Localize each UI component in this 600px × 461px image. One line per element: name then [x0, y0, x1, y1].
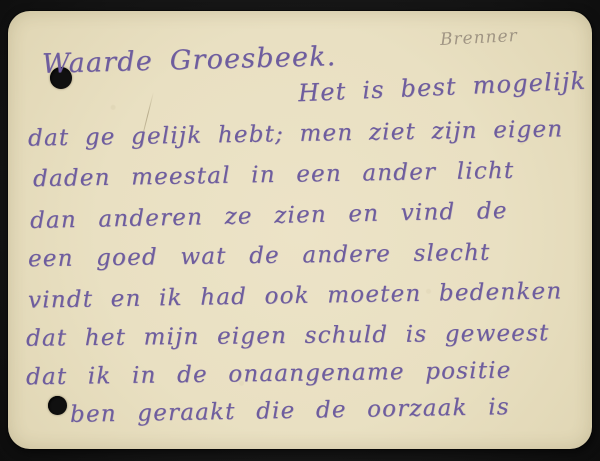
letter-line: dan anderen ze zien en vind de [30, 198, 508, 234]
punch-hole-bottom [48, 396, 67, 415]
letter-line: dat ge gelijk hebt; men ziet zijn eigen [28, 116, 564, 151]
letter-line: Het is best mogelijk [298, 67, 587, 108]
letter-line: dat het mijn eigen schuld is geweest [26, 320, 550, 351]
letter-line: een goed wat de andere slecht [28, 240, 491, 272]
letter-salutation: Waarde Groesbeek. [42, 41, 337, 80]
letter-line: daden meestal in een ander licht [33, 158, 515, 192]
letter-card: Brenner Waarde Groesbeek. Het is best mo… [8, 11, 592, 449]
letter-line: vindt en ik had ook moeten bedenken [28, 278, 563, 313]
letter-line: ben geraakt die de oorzaak is [70, 394, 510, 428]
letter-line: dat ik in de onaangename positie [26, 358, 512, 391]
pencil-annotation: Brenner [440, 26, 519, 50]
photo-background: Brenner Waarde Groesbeek. Het is best mo… [0, 0, 600, 461]
